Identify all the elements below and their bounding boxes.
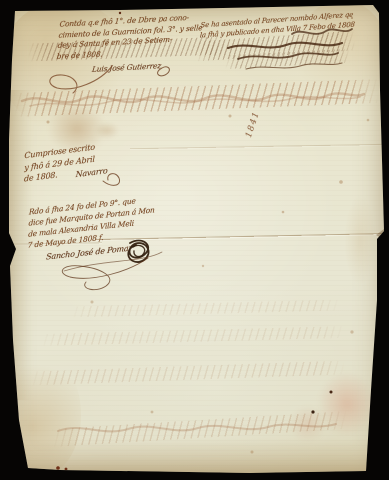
signature-scribble-1 <box>228 43 342 48</box>
photo-frame: Contda q.e fhô 1°. de Dbre pa cono- cimi… <box>0 0 389 480</box>
foxing-speck <box>47 121 50 124</box>
ink-speck <box>311 410 314 413</box>
foxing-speck <box>202 265 204 267</box>
foxing-speck <box>351 17 353 19</box>
paraph-gutierrez <box>158 67 170 76</box>
flourish-top-left <box>50 66 112 93</box>
rubric-knot-inner <box>133 245 145 256</box>
signature-scribble-2 <box>238 53 338 59</box>
foxing-speck <box>282 211 285 214</box>
wax-dot <box>56 466 60 470</box>
bold-scrawl-top-right <box>292 29 352 34</box>
ink-speck <box>330 391 333 394</box>
foxing-speck <box>151 411 154 414</box>
foxing-speck <box>367 119 370 122</box>
fold-notch-shadow <box>376 229 384 240</box>
rubric-navarro <box>103 174 120 186</box>
bleedthrough-script-bottom <box>58 424 336 431</box>
foxing-speck <box>91 301 94 304</box>
ink-speck <box>119 12 121 14</box>
foxing-speck <box>229 115 232 118</box>
manuscript-page: Contda q.e fhô 1°. de Dbre pa cono- cimi… <box>0 0 389 480</box>
ink-flourish-overlay <box>0 0 389 480</box>
foxing-speck <box>251 451 254 454</box>
foxing-speck <box>350 330 353 333</box>
foxing-speck <box>339 180 343 184</box>
signature-scribble-3 <box>246 63 342 69</box>
wax-dot <box>65 468 68 471</box>
